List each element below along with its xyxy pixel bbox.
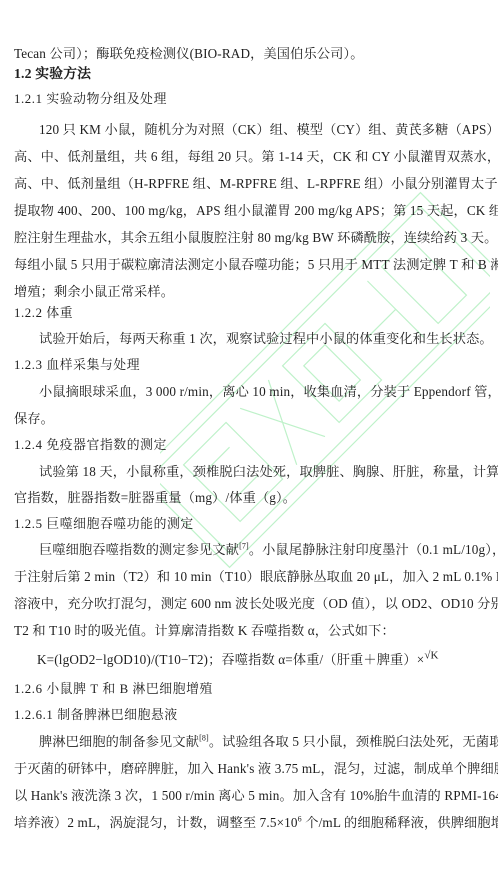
paragraph-line: 于灭菌的研钵中，磨碎脾脏，加入 Hank's 液 3.75 mL，混匀，过滤，制… (14, 761, 484, 777)
paragraph-line: 官指数，脏器指数=脏器重量（mg）/体重（g）。 (14, 490, 484, 506)
paragraph-line: 每组小鼠 5 只用于碳粒廓清法测定小鼠吞噬功能；5 只用于 MTT 法测定脾 T… (14, 257, 484, 273)
subsection-heading-1-2-1: 1.2.1 实验动物分组及处理 (14, 91, 484, 107)
document-page: Tecan 公司）；酶联免疫检测仪(BIO-RAD，美国伯乐公司）。 1.2 实… (0, 0, 498, 889)
paragraph-line: 120 只 KM 小鼠，随机分为对照（CK）组、模型（CY）组、黄芪多糖（APS… (39, 122, 484, 138)
paragraph-line: 高、中、低剂量组（H-RPFRE 组、M-RPFRE 组、L-RPFRE 组）小… (14, 176, 484, 192)
paragraph-line: 脾淋巴细胞的制备参见文献[8]。试验组各取 5 只小鼠，颈椎脱臼法处死，无菌取脾… (39, 734, 484, 750)
paragraph-line: 培养液）2 mL，涡旋混匀，计数，调整至 7.5×106 个/mL 的细胞稀释液… (14, 815, 484, 831)
paragraph-line: T2 和 T10 时的吸光值。计算廓清指数 K 吞噬指数 α，公式如下： (14, 623, 484, 639)
formula-line: K=(lgOD2−lgOD10)/(T10−T2)；吞噬指数 α=体重/（肝重＋… (37, 652, 484, 668)
text-run: 个/mL 的细胞稀释液，供脾细胞增殖用。 (302, 815, 498, 830)
text-run: 培养液）2 mL，涡旋混匀，计数，调整至 7.5×10 (14, 815, 298, 830)
paragraph-line: 于注射后第 2 min（T2）和 10 min（T10）眼底静脉丛取血 20 μ… (14, 569, 484, 585)
paragraph-line: 小鼠摘眼球采血，3 000 r/min，离心 10 min，收集血清，分装于 E… (39, 384, 484, 400)
paragraph-line: 高、中、低剂量组，共 6 组，每组 20 只。第 1-14 天，CK 和 CY … (14, 149, 484, 165)
text-run: 巨噬细胞吞噬指数的测定参见文献 (39, 542, 239, 557)
subsection-heading-1-2-3: 1.2.3 血样采集与处理 (14, 357, 484, 373)
sqrt-k: √K (424, 650, 438, 662)
subsection-heading-1-2-2: 1.2.2 体重 (14, 305, 484, 321)
text-run: 。小鼠尾静脉注射印度墨汁（0.1 mL/10g），分别 (249, 542, 498, 557)
watermark-stamp-icon (160, 160, 490, 600)
paragraph-line: 保存。 (14, 411, 484, 427)
section-heading-1-2: 1.2 实验方法 (14, 66, 484, 82)
text-run: 。试验组各取 5 只小鼠，颈椎脱臼法处死，无菌取脾，置 (209, 734, 498, 749)
text-run: 脾淋巴细胞的制备参见文献 (39, 734, 199, 749)
citation-ref: [8] (199, 734, 209, 743)
formula-text: K=(lgOD2−lgOD10)/(T10−T2)；吞噬指数 α=体重/（肝重＋… (37, 652, 424, 667)
subsection-heading-1-2-6: 1.2.6 小鼠脾 T 和 B 淋巴细胞增殖 (14, 681, 484, 697)
paragraph-line: 以 Hank's 液洗涤 3 次，1 500 r/min 离心 5 min。加入… (14, 788, 484, 804)
subsection-heading-1-2-4: 1.2.4 免疫器官指数的测定 (14, 437, 484, 453)
paragraph-line: 试验第 18 天，小鼠称重，颈椎脱臼法处死，取脾脏、胸腺、肝脏，称量，计算上述器 (39, 464, 484, 480)
paragraph-line: 腔注射生理盐水，其余五组小鼠腹腔注射 80 mg/kg BW 环磷酰胺，连续给药… (14, 230, 484, 246)
text-run: 于注射后第 2 min（T2）和 10 min（T10）眼底静脉丛取血 20 μ… (14, 569, 498, 584)
paragraph-line: 增殖；剩余小鼠正常采样。 (14, 284, 484, 300)
body-text-line: Tecan 公司）；酶联免疫检测仪(BIO-RAD，美国伯乐公司）。 (14, 46, 484, 62)
paragraph-line: 试验开始后，每两天称重 1 次，观察试验过程中小鼠的体重变化和生长状态。 (39, 331, 484, 347)
subsection-heading-1-2-5: 1.2.5 巨噬细胞吞噬功能的测定 (14, 516, 484, 532)
citation-ref: [7] (239, 542, 249, 551)
subsection-heading-1-2-6-1: 1.2.6.1 制备脾淋巴细胞悬液 (14, 707, 484, 723)
paragraph-line: 溶液中，充分吹打混匀，测定 600 nm 波长处吸光度（OD 值），以 OD2、… (14, 596, 484, 612)
paragraph-line: 巨噬细胞吞噬指数的测定参见文献[7]。小鼠尾静脉注射印度墨汁（0.1 mL/10… (39, 542, 484, 558)
paragraph-line: 提取物 400、200、100 mg/kg，APS 组小鼠灌胃 200 mg/k… (14, 203, 484, 219)
